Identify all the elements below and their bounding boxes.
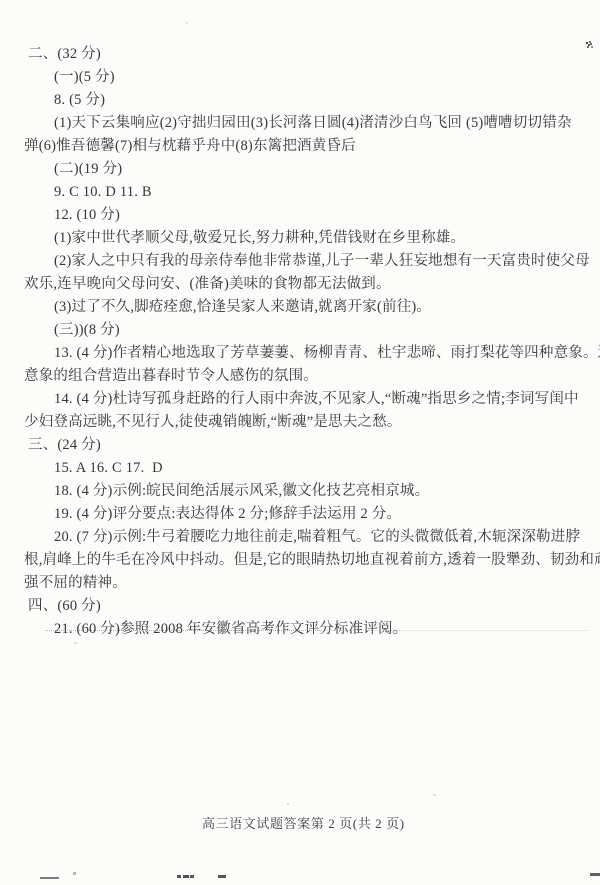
- text-line: 21. (60 分)参照 2008 年安徽省高考作文评分标准评阅。: [24, 618, 598, 641]
- text-line: (一)(5 分): [24, 66, 598, 89]
- text-line: 三、(24 分): [24, 434, 598, 457]
- scan-artifact-speck: [433, 794, 436, 796]
- page-footer: 高三语文试题答案第 2 页(共 2 页): [202, 815, 405, 832]
- text-line: 8. (5 分): [24, 89, 598, 112]
- text-line: (三))(8 分): [24, 319, 598, 342]
- scan-artifact-bottom-dash: [590, 873, 600, 876]
- text-line: 18. (4 分)示例:皖民间绝活展示风采,徽文化技艺亮相京城。: [24, 480, 598, 503]
- text-line: 19. (4 分)评分要点:表达得体 2 分;修辞手法运用 2 分。: [24, 503, 598, 526]
- scanned-answer-page: 二、(32 分)(一)(5 分)8. (5 分)(1)天下云集响应(2)守拙归园…: [0, 0, 600, 885]
- text-line: (3)过了不久,脚疮痊愈,恰逢吴家人来邀请,就离开家(前往)。: [24, 296, 598, 319]
- text-line: 20. (7 分)示例:牛弓着腰吃力地往前走,喘着粗气。它的头微微低着,木轭深深…: [24, 526, 598, 549]
- scan-artifact-bottom-dash: [190, 875, 194, 878]
- text-line: (二)(19 分): [24, 158, 598, 181]
- text-line: 四、(60 分): [24, 595, 598, 618]
- text-line: 意象的组合营造出暮春时节令人感伤的氛围。: [24, 365, 598, 388]
- text-line: 强不屈的精神。: [24, 572, 598, 595]
- scan-artifact-bottom-dash: [177, 875, 181, 878]
- text-line: 14. (4 分)杜诗写孤身赶路的行人雨中奔波,不见家人,“断魂”指思乡之情;李…: [24, 388, 598, 411]
- scan-artifact-bottom-line: [40, 877, 59, 879]
- scan-artifact-speck: [74, 642, 77, 644]
- scan-artifact-bottom-dash: [218, 875, 226, 878]
- text-line: 根,肩峰上的牛毛在冷风中抖动。但是,它的眼睛热切地直视着前方,透着一股犟劲、韧劲…: [24, 549, 598, 572]
- scan-artifact-speck: [186, 22, 188, 24]
- answer-text-block: 二、(32 分)(一)(5 分)8. (5 分)(1)天下云集响应(2)守拙归园…: [24, 43, 598, 641]
- text-line: 二、(32 分): [24, 43, 598, 66]
- text-line: 13. (4 分)作者精心地选取了芳草萋萋、杨柳青青、杜宇悲啼、雨打梨花等四种意…: [24, 342, 598, 365]
- scan-artifact-speck: [287, 803, 289, 805]
- scan-artifact-bottom-speck: [73, 872, 76, 875]
- text-line: (2)家人之中只有我的母亲侍奉他非常恭谨,儿子一辈人狂妄地想有一天富贵时使父母: [24, 250, 598, 273]
- text-line: (1)家中世代孝顺父母,敬爱兄长,努力耕种,凭借钱财在乡里称雄。: [24, 227, 598, 250]
- text-line: 欢乐,连早晚向父母问安、(准备)美味的食物都无法做到。: [24, 273, 598, 296]
- scan-artifact-bottom-dash: [183, 875, 189, 878]
- text-line: 少妇登高远眺,不见行人,徒使魂销魄断,“断魂”是思夫之愁。: [24, 411, 598, 434]
- text-line: 弹(6)惟吾德馨(7)相与枕藉乎舟中(8)东篱把酒黄昏后: [24, 135, 598, 158]
- text-line: (1)天下云集响应(2)守拙归园田(3)长河落日圆(4)渚清沙白鸟飞回 (5)嘈…: [24, 112, 598, 135]
- text-line: 9. C 10. D 11. B: [24, 181, 598, 204]
- text-line: 12. (10 分): [24, 204, 598, 227]
- text-line: 15. A 16. C 17. D: [24, 457, 598, 480]
